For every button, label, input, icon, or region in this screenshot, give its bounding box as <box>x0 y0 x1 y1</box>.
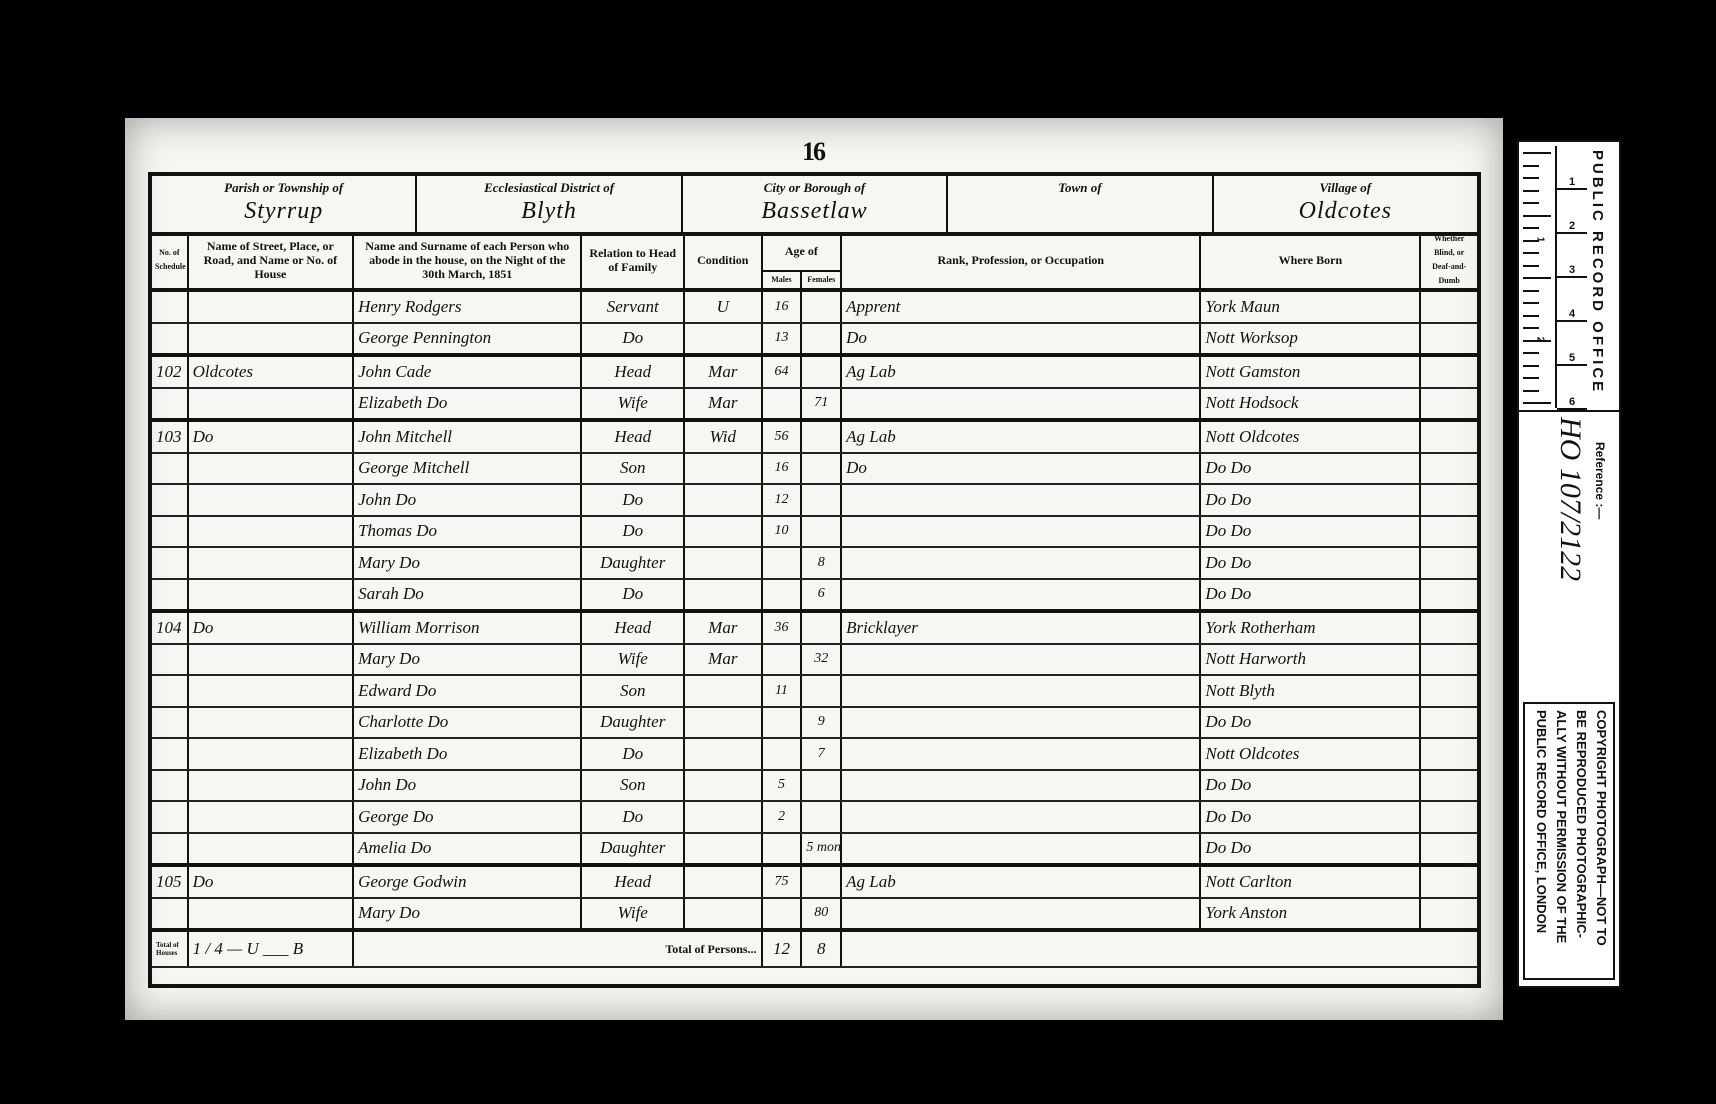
table-row: Mary DoWife80York Anston <box>152 898 1477 931</box>
cell-schedule <box>152 707 188 739</box>
cell-schedule <box>152 453 188 485</box>
cell-occupation: Do <box>841 323 1200 356</box>
cell-occupation <box>841 770 1200 802</box>
totals-row: Total of Houses 1 / 4 — U ___ B Total of… <box>152 930 1477 967</box>
cell-relation: Do <box>581 323 684 356</box>
cell-street <box>188 898 353 931</box>
cell-name: John Cade <box>353 355 581 388</box>
cell-occupation <box>841 738 1200 770</box>
cell-blind <box>1420 898 1477 931</box>
cell-born: Do Do <box>1200 833 1420 866</box>
cell-born: Nott Blyth <box>1200 675 1420 707</box>
cell-schedule <box>152 547 188 579</box>
cm-scale: 123456 <box>1557 146 1587 408</box>
cell-blind <box>1420 770 1477 802</box>
cell-blind <box>1420 707 1477 739</box>
cell-street: Oldcotes <box>188 355 353 388</box>
cell-name: Henry Rodgers <box>353 290 581 323</box>
census-form: Parish or Township ofStyrrupEcclesiastic… <box>148 172 1481 988</box>
cell-street <box>188 484 353 516</box>
cell-condition <box>684 453 762 485</box>
cell-condition <box>684 770 762 802</box>
cell-street <box>188 644 353 676</box>
cell-occupation <box>841 579 1200 612</box>
cell-street: Do <box>188 611 353 644</box>
col-street: Name of Street, Place, or Road, and Name… <box>188 232 353 290</box>
cell-female <box>801 675 841 707</box>
cell-born: Nott Oldcotes <box>1200 738 1420 770</box>
cell-schedule <box>152 290 188 323</box>
cell-relation: Wife <box>581 644 684 676</box>
cell-relation: Son <box>581 675 684 707</box>
table-row: Charlotte DoDaughter9Do Do <box>152 707 1477 739</box>
copyright-line: BE REPRODUCED PHOTOGRAPHIC- <box>1573 710 1589 938</box>
cell-name: Thomas Do <box>353 516 581 548</box>
cell-schedule <box>152 579 188 612</box>
cell-male <box>762 579 802 612</box>
col-born: Where Born <box>1200 232 1420 290</box>
cell-born: Do Do <box>1200 547 1420 579</box>
cell-relation: Wife <box>581 898 684 931</box>
cell-blind <box>1420 611 1477 644</box>
cm-label: 6 <box>1557 366 1587 410</box>
cell-blind <box>1420 290 1477 323</box>
cell-male: 11 <box>762 675 802 707</box>
cell-street <box>188 323 353 356</box>
cell-male <box>762 833 802 866</box>
header-cell: Parish or Township ofStyrrup <box>152 176 417 232</box>
cell-relation: Head <box>581 865 684 898</box>
cell-female: 71 <box>801 388 841 421</box>
col-occupation: Rank, Profession, or Occupation <box>841 232 1200 290</box>
cell-street <box>188 675 353 707</box>
table-row: Sarah DoDo6Do Do <box>152 579 1477 612</box>
cell-female <box>801 611 841 644</box>
cell-born: Nott Worksop <box>1200 323 1420 356</box>
cell-name: William Morrison <box>353 611 581 644</box>
cell-born: Do Do <box>1200 579 1420 612</box>
cell-name: Mary Do <box>353 547 581 579</box>
age-females-label: Females <box>802 272 840 288</box>
cell-street <box>188 388 353 421</box>
cell-born: Nott Harworth <box>1200 644 1420 676</box>
cell-born: Do Do <box>1200 707 1420 739</box>
col-blind: Whether Blind, or Deaf-and-Dumb <box>1420 232 1477 290</box>
cell-condition: Wid <box>684 420 762 453</box>
record-office-strip: 12 PUBLIC RECORD OFFICE Reference :— HO … <box>1517 140 1621 988</box>
cell-occupation <box>841 675 1200 707</box>
cell-condition <box>684 484 762 516</box>
cell-schedule <box>152 644 188 676</box>
cell-schedule <box>152 770 188 802</box>
header-value: Styrrup <box>152 198 415 225</box>
total-males: 12 <box>762 930 802 967</box>
cell-female: 32 <box>801 644 841 676</box>
ruler-tick <box>1523 290 1539 292</box>
cell-condition <box>684 865 762 898</box>
cell-condition: Mar <box>684 644 762 676</box>
table-row: Amelia DoDaughter5 monthsDo Do <box>152 833 1477 866</box>
cell-name: John Mitchell <box>353 420 581 453</box>
cell-occupation: Ag Lab <box>841 865 1200 898</box>
cell-name: George Godwin <box>353 865 581 898</box>
cell-female: 9 <box>801 707 841 739</box>
ruler-tick <box>1523 265 1539 267</box>
cell-female <box>801 484 841 516</box>
cell-female: 80 <box>801 898 841 931</box>
ruler-tick <box>1523 227 1539 229</box>
cm-label: 5 <box>1557 322 1587 366</box>
cell-born: Nott Oldcotes <box>1200 420 1420 453</box>
houses-label: Total of Houses <box>152 930 188 967</box>
table-row: 105DoGeorge GodwinHead75Ag LabNott Carlt… <box>152 865 1477 898</box>
table-row: Mary DoWifeMar32Nott Harworth <box>152 644 1477 676</box>
cell-male <box>762 898 802 931</box>
ruler-tick <box>1523 315 1539 317</box>
cell-female: 7 <box>801 738 841 770</box>
cell-relation: Do <box>581 579 684 612</box>
copyright-line: COPYRIGHT PHOTOGRAPH—NOT TO <box>1593 710 1609 946</box>
cell-name: John Do <box>353 484 581 516</box>
ruler-inch-label: 2 <box>1534 337 1545 343</box>
ruler-tick <box>1523 252 1539 254</box>
header-value: Bassetlaw <box>683 198 946 225</box>
cell-schedule: 104 <box>152 611 188 644</box>
ruler-tick <box>1523 402 1551 404</box>
cell-male: 12 <box>762 484 802 516</box>
ruler-tick <box>1523 190 1539 192</box>
ruler-tick <box>1523 215 1551 217</box>
cell-blind <box>1420 516 1477 548</box>
cell-street: Do <box>188 865 353 898</box>
col-age: Age of MalesFemales <box>762 232 842 290</box>
header-cell: City or Borough ofBassetlaw <box>683 176 948 232</box>
col-schedule: No. of Schedule <box>152 232 188 290</box>
cell-condition <box>684 516 762 548</box>
copyright-line: PUBLIC RECORD OFFICE, LONDON <box>1533 710 1549 933</box>
table-row: 103DoJohn MitchellHeadWid56Ag LabNott Ol… <box>152 420 1477 453</box>
cell-street <box>188 833 353 866</box>
cell-name: George Do <box>353 801 581 833</box>
ruler-tick <box>1523 390 1539 392</box>
copyright-line: ALLY WITHOUT PERMISSION OF THE <box>1553 710 1569 943</box>
cell-name: Edward Do <box>353 675 581 707</box>
cell-street <box>188 516 353 548</box>
cm-label: 2 <box>1557 190 1587 234</box>
col-relation: Relation to Head of Family <box>581 232 684 290</box>
cell-born: Do Do <box>1200 453 1420 485</box>
cell-male <box>762 644 802 676</box>
cell-name: Sarah Do <box>353 579 581 612</box>
header-label: Ecclesiastical District of <box>417 180 680 196</box>
cell-blind <box>1420 547 1477 579</box>
cell-condition <box>684 579 762 612</box>
cell-relation: Daughter <box>581 833 684 866</box>
cell-relation: Son <box>581 770 684 802</box>
cell-relation: Head <box>581 355 684 388</box>
header-cell: Village ofOldcotes <box>1214 176 1477 232</box>
houses-value: 1 / 4 — U ___ B <box>188 930 353 967</box>
cell-female: 5 months <box>801 833 841 866</box>
cell-occupation <box>841 644 1200 676</box>
cell-relation: Do <box>581 484 684 516</box>
cell-name: Amelia Do <box>353 833 581 866</box>
cell-blind <box>1420 801 1477 833</box>
header-label: Village of <box>1214 180 1477 196</box>
cell-occupation <box>841 707 1200 739</box>
cell-relation: Wife <box>581 388 684 421</box>
cell-relation: Do <box>581 801 684 833</box>
ruler-tick <box>1523 302 1539 304</box>
ruler-tick <box>1523 327 1539 329</box>
ruler-tick <box>1523 177 1539 179</box>
cell-relation: Son <box>581 453 684 485</box>
ruler-tick <box>1523 365 1539 367</box>
cell-occupation <box>841 898 1200 931</box>
cell-schedule <box>152 323 188 356</box>
reference-label: Reference :— <box>1593 442 1607 519</box>
cell-relation: Do <box>581 516 684 548</box>
census-table: No. of Schedule Name of Street, Place, o… <box>152 232 1477 968</box>
cell-schedule <box>152 516 188 548</box>
ruler-tick <box>1523 277 1551 279</box>
table-row: John DoDo12Do Do <box>152 484 1477 516</box>
strip-divider <box>1519 410 1619 412</box>
total-persons-label: Total of Persons... <box>353 930 761 967</box>
record-office-title: PUBLIC RECORD OFFICE <box>1589 150 1606 394</box>
cell-condition: Mar <box>684 388 762 421</box>
cell-blind <box>1420 865 1477 898</box>
table-row: 102OldcotesJohn CadeHeadMar64Ag LabNott … <box>152 355 1477 388</box>
cell-relation: Head <box>581 611 684 644</box>
cell-blind <box>1420 484 1477 516</box>
cell-occupation <box>841 388 1200 421</box>
table-row: Thomas DoDo10Do Do <box>152 516 1477 548</box>
table-row: George MitchellSon16DoDo Do <box>152 453 1477 485</box>
footer-blank <box>841 930 1477 967</box>
cell-male <box>762 547 802 579</box>
cell-male <box>762 738 802 770</box>
header-value: Oldcotes <box>1214 198 1477 225</box>
cell-name: Elizabeth Do <box>353 738 581 770</box>
table-row: George PenningtonDo13DoNott Worksop <box>152 323 1477 356</box>
cell-schedule <box>152 484 188 516</box>
cell-street <box>188 801 353 833</box>
cell-male: 64 <box>762 355 802 388</box>
cell-schedule: 102 <box>152 355 188 388</box>
cell-condition: U <box>684 290 762 323</box>
col-condition: Condition <box>684 232 762 290</box>
cell-female <box>801 516 841 548</box>
ruler-inch-label: 1 <box>1534 237 1545 243</box>
age-label: Age of <box>763 232 841 272</box>
cell-relation: Daughter <box>581 707 684 739</box>
cell-born: York Rotherham <box>1200 611 1420 644</box>
cell-condition <box>684 898 762 931</box>
cm-label: 3 <box>1557 234 1587 278</box>
cell-schedule <box>152 388 188 421</box>
header-cell: Town of <box>948 176 1213 232</box>
cell-born: Do Do <box>1200 801 1420 833</box>
copyright-notice: COPYRIGHT PHOTOGRAPH—NOT TOBE REPRODUCED… <box>1523 702 1615 980</box>
district-header: Parish or Township ofStyrrupEcclesiastic… <box>152 176 1477 236</box>
cell-occupation <box>841 833 1200 866</box>
cell-name: Mary Do <box>353 898 581 931</box>
cell-street <box>188 547 353 579</box>
cell-condition <box>684 675 762 707</box>
cell-blind <box>1420 453 1477 485</box>
header-label: City or Borough of <box>683 180 946 196</box>
cell-name: Charlotte Do <box>353 707 581 739</box>
cell-street: Do <box>188 420 353 453</box>
cell-relation: Do <box>581 738 684 770</box>
cell-blind <box>1420 323 1477 356</box>
cell-name: Elizabeth Do <box>353 388 581 421</box>
cell-condition <box>684 833 762 866</box>
cell-born: Nott Hodsock <box>1200 388 1420 421</box>
cell-male: 5 <box>762 770 802 802</box>
cell-blind <box>1420 355 1477 388</box>
folio-number: 16 <box>802 137 824 167</box>
cell-occupation <box>841 547 1200 579</box>
cell-condition <box>684 738 762 770</box>
cell-occupation: Do <box>841 453 1200 485</box>
cell-schedule: 103 <box>152 420 188 453</box>
cell-born: Do Do <box>1200 516 1420 548</box>
cell-male: 2 <box>762 801 802 833</box>
cell-female <box>801 420 841 453</box>
cell-blind <box>1420 644 1477 676</box>
cell-male: 16 <box>762 290 802 323</box>
ruler-tick <box>1523 377 1539 379</box>
header-label: Parish or Township of <box>152 180 415 196</box>
cm-label: 4 <box>1557 278 1587 322</box>
cell-born: Do Do <box>1200 484 1420 516</box>
cell-street <box>188 579 353 612</box>
cell-blind <box>1420 833 1477 866</box>
cell-schedule <box>152 833 188 866</box>
cell-street <box>188 770 353 802</box>
cell-condition <box>684 707 762 739</box>
cell-blind <box>1420 388 1477 421</box>
cell-female <box>801 770 841 802</box>
cell-blind <box>1420 675 1477 707</box>
cell-street <box>188 290 353 323</box>
cm-label: 1 <box>1557 146 1587 190</box>
cell-female <box>801 355 841 388</box>
cell-male: 36 <box>762 611 802 644</box>
cell-blind <box>1420 420 1477 453</box>
cell-condition <box>684 801 762 833</box>
cell-condition: Mar <box>684 355 762 388</box>
cell-name: George Mitchell <box>353 453 581 485</box>
cell-name: John Do <box>353 770 581 802</box>
cell-female <box>801 290 841 323</box>
cell-born: York Anston <box>1200 898 1420 931</box>
cell-condition: Mar <box>684 611 762 644</box>
header-value: Blyth <box>417 198 680 225</box>
cell-occupation <box>841 484 1200 516</box>
cell-condition <box>684 323 762 356</box>
table-row: John DoSon5Do Do <box>152 770 1477 802</box>
cell-schedule <box>152 738 188 770</box>
cell-street <box>188 453 353 485</box>
cell-occupation <box>841 516 1200 548</box>
cell-male <box>762 388 802 421</box>
ruler-tick <box>1523 165 1539 167</box>
table-row: Edward DoSon11Nott Blyth <box>152 675 1477 707</box>
cell-schedule <box>152 801 188 833</box>
cell-schedule: 105 <box>152 865 188 898</box>
ruler-tick <box>1523 152 1551 154</box>
cell-occupation: Ag Lab <box>841 420 1200 453</box>
cell-male: 13 <box>762 323 802 356</box>
reference-value: HO 107/2122 <box>1553 417 1587 581</box>
col-name: Name and Surname of each Person who abod… <box>353 232 581 290</box>
cell-street <box>188 707 353 739</box>
cell-schedule <box>152 675 188 707</box>
cell-relation: Head <box>581 420 684 453</box>
table-row: George DoDo2Do Do <box>152 801 1477 833</box>
table-row: Mary DoDaughter8Do Do <box>152 547 1477 579</box>
cell-female: 6 <box>801 579 841 612</box>
ruler-tick <box>1523 202 1539 204</box>
cell-female <box>801 865 841 898</box>
cell-occupation: Ag Lab <box>841 355 1200 388</box>
cell-male <box>762 707 802 739</box>
cell-condition <box>684 547 762 579</box>
cell-name: George Pennington <box>353 323 581 356</box>
cell-born: Nott Carlton <box>1200 865 1420 898</box>
cell-relation: Servant <box>581 290 684 323</box>
ruler: 12 <box>1523 146 1557 408</box>
cell-born: York Maun <box>1200 290 1420 323</box>
cell-relation: Daughter <box>581 547 684 579</box>
cell-name: Mary Do <box>353 644 581 676</box>
cell-female <box>801 453 841 485</box>
age-males-label: Males <box>763 272 803 288</box>
cell-street <box>188 738 353 770</box>
cell-occupation: Apprent <box>841 290 1200 323</box>
cell-female <box>801 323 841 356</box>
cell-male: 75 <box>762 865 802 898</box>
table-row: 104DoWilliam MorrisonHeadMar36Bricklayer… <box>152 611 1477 644</box>
cell-occupation: Bricklayer <box>841 611 1200 644</box>
cell-female: 8 <box>801 547 841 579</box>
table-row: Elizabeth DoWifeMar71Nott Hodsock <box>152 388 1477 421</box>
total-females: 8 <box>801 930 841 967</box>
ruler-tick <box>1523 352 1539 354</box>
table-row: Henry RodgersServantU16ApprentYork Maun <box>152 290 1477 323</box>
cell-male: 16 <box>762 453 802 485</box>
cell-male: 10 <box>762 516 802 548</box>
cell-born: Nott Gamston <box>1200 355 1420 388</box>
cell-male: 56 <box>762 420 802 453</box>
cell-blind <box>1420 738 1477 770</box>
header-cell: Ecclesiastical District ofBlyth <box>417 176 682 232</box>
cell-occupation <box>841 801 1200 833</box>
table-row: Elizabeth DoDo7Nott Oldcotes <box>152 738 1477 770</box>
header-label: Town of <box>948 180 1211 196</box>
cell-born: Do Do <box>1200 770 1420 802</box>
cell-blind <box>1420 579 1477 612</box>
cell-female <box>801 801 841 833</box>
cell-schedule <box>152 898 188 931</box>
column-headers: No. of Schedule Name of Street, Place, o… <box>152 232 1477 290</box>
